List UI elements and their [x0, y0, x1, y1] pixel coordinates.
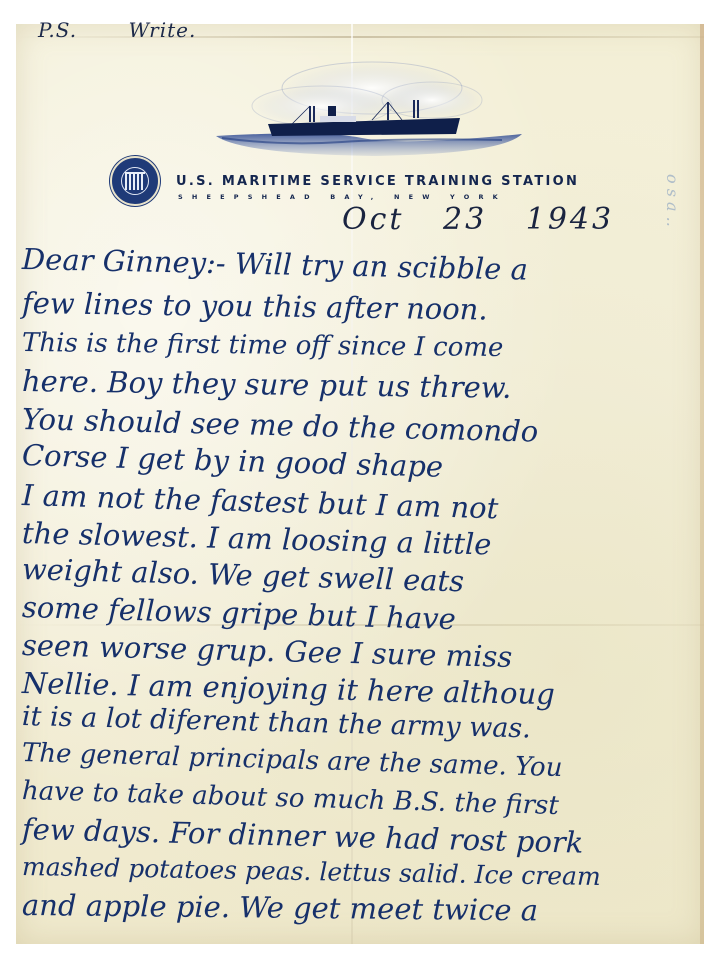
maritime-service-emblem-icon	[110, 156, 160, 206]
date-month: Oct	[342, 202, 404, 237]
date-day: 23	[443, 202, 487, 237]
date-year: 1943	[526, 202, 614, 237]
letter-line: This is the first time off since I come	[22, 326, 504, 365]
letter-line: here. Boy they sure put us threw.	[22, 364, 512, 405]
letter-line: Corse I get by in good shape	[22, 438, 444, 484]
postscript-label: P.S.	[38, 18, 77, 42]
letterhead-address: SHEEPSHEAD BAY, NEW YORK	[178, 193, 507, 201]
postscript-text: Write.	[128, 18, 196, 42]
letter-line: few lines to you this after noon.	[22, 286, 488, 326]
faded-margin-note: o s a ..	[652, 174, 682, 227]
ship-illustration-icon	[202, 58, 532, 168]
letter-date: Oct 23 1943	[342, 202, 640, 237]
paper-edge	[700, 24, 704, 944]
postscript-note: P.S. Write.	[38, 18, 240, 42]
letterhead-organization: U.S. MARITIME SERVICE TRAINING STATION	[176, 174, 579, 189]
letter-paper: P.S. Write. U	[16, 24, 704, 944]
letter-line: and apple pie. We get meet twice a	[22, 888, 538, 927]
letter-line: Dear Ginney:- Will try an scibble a	[22, 242, 529, 287]
